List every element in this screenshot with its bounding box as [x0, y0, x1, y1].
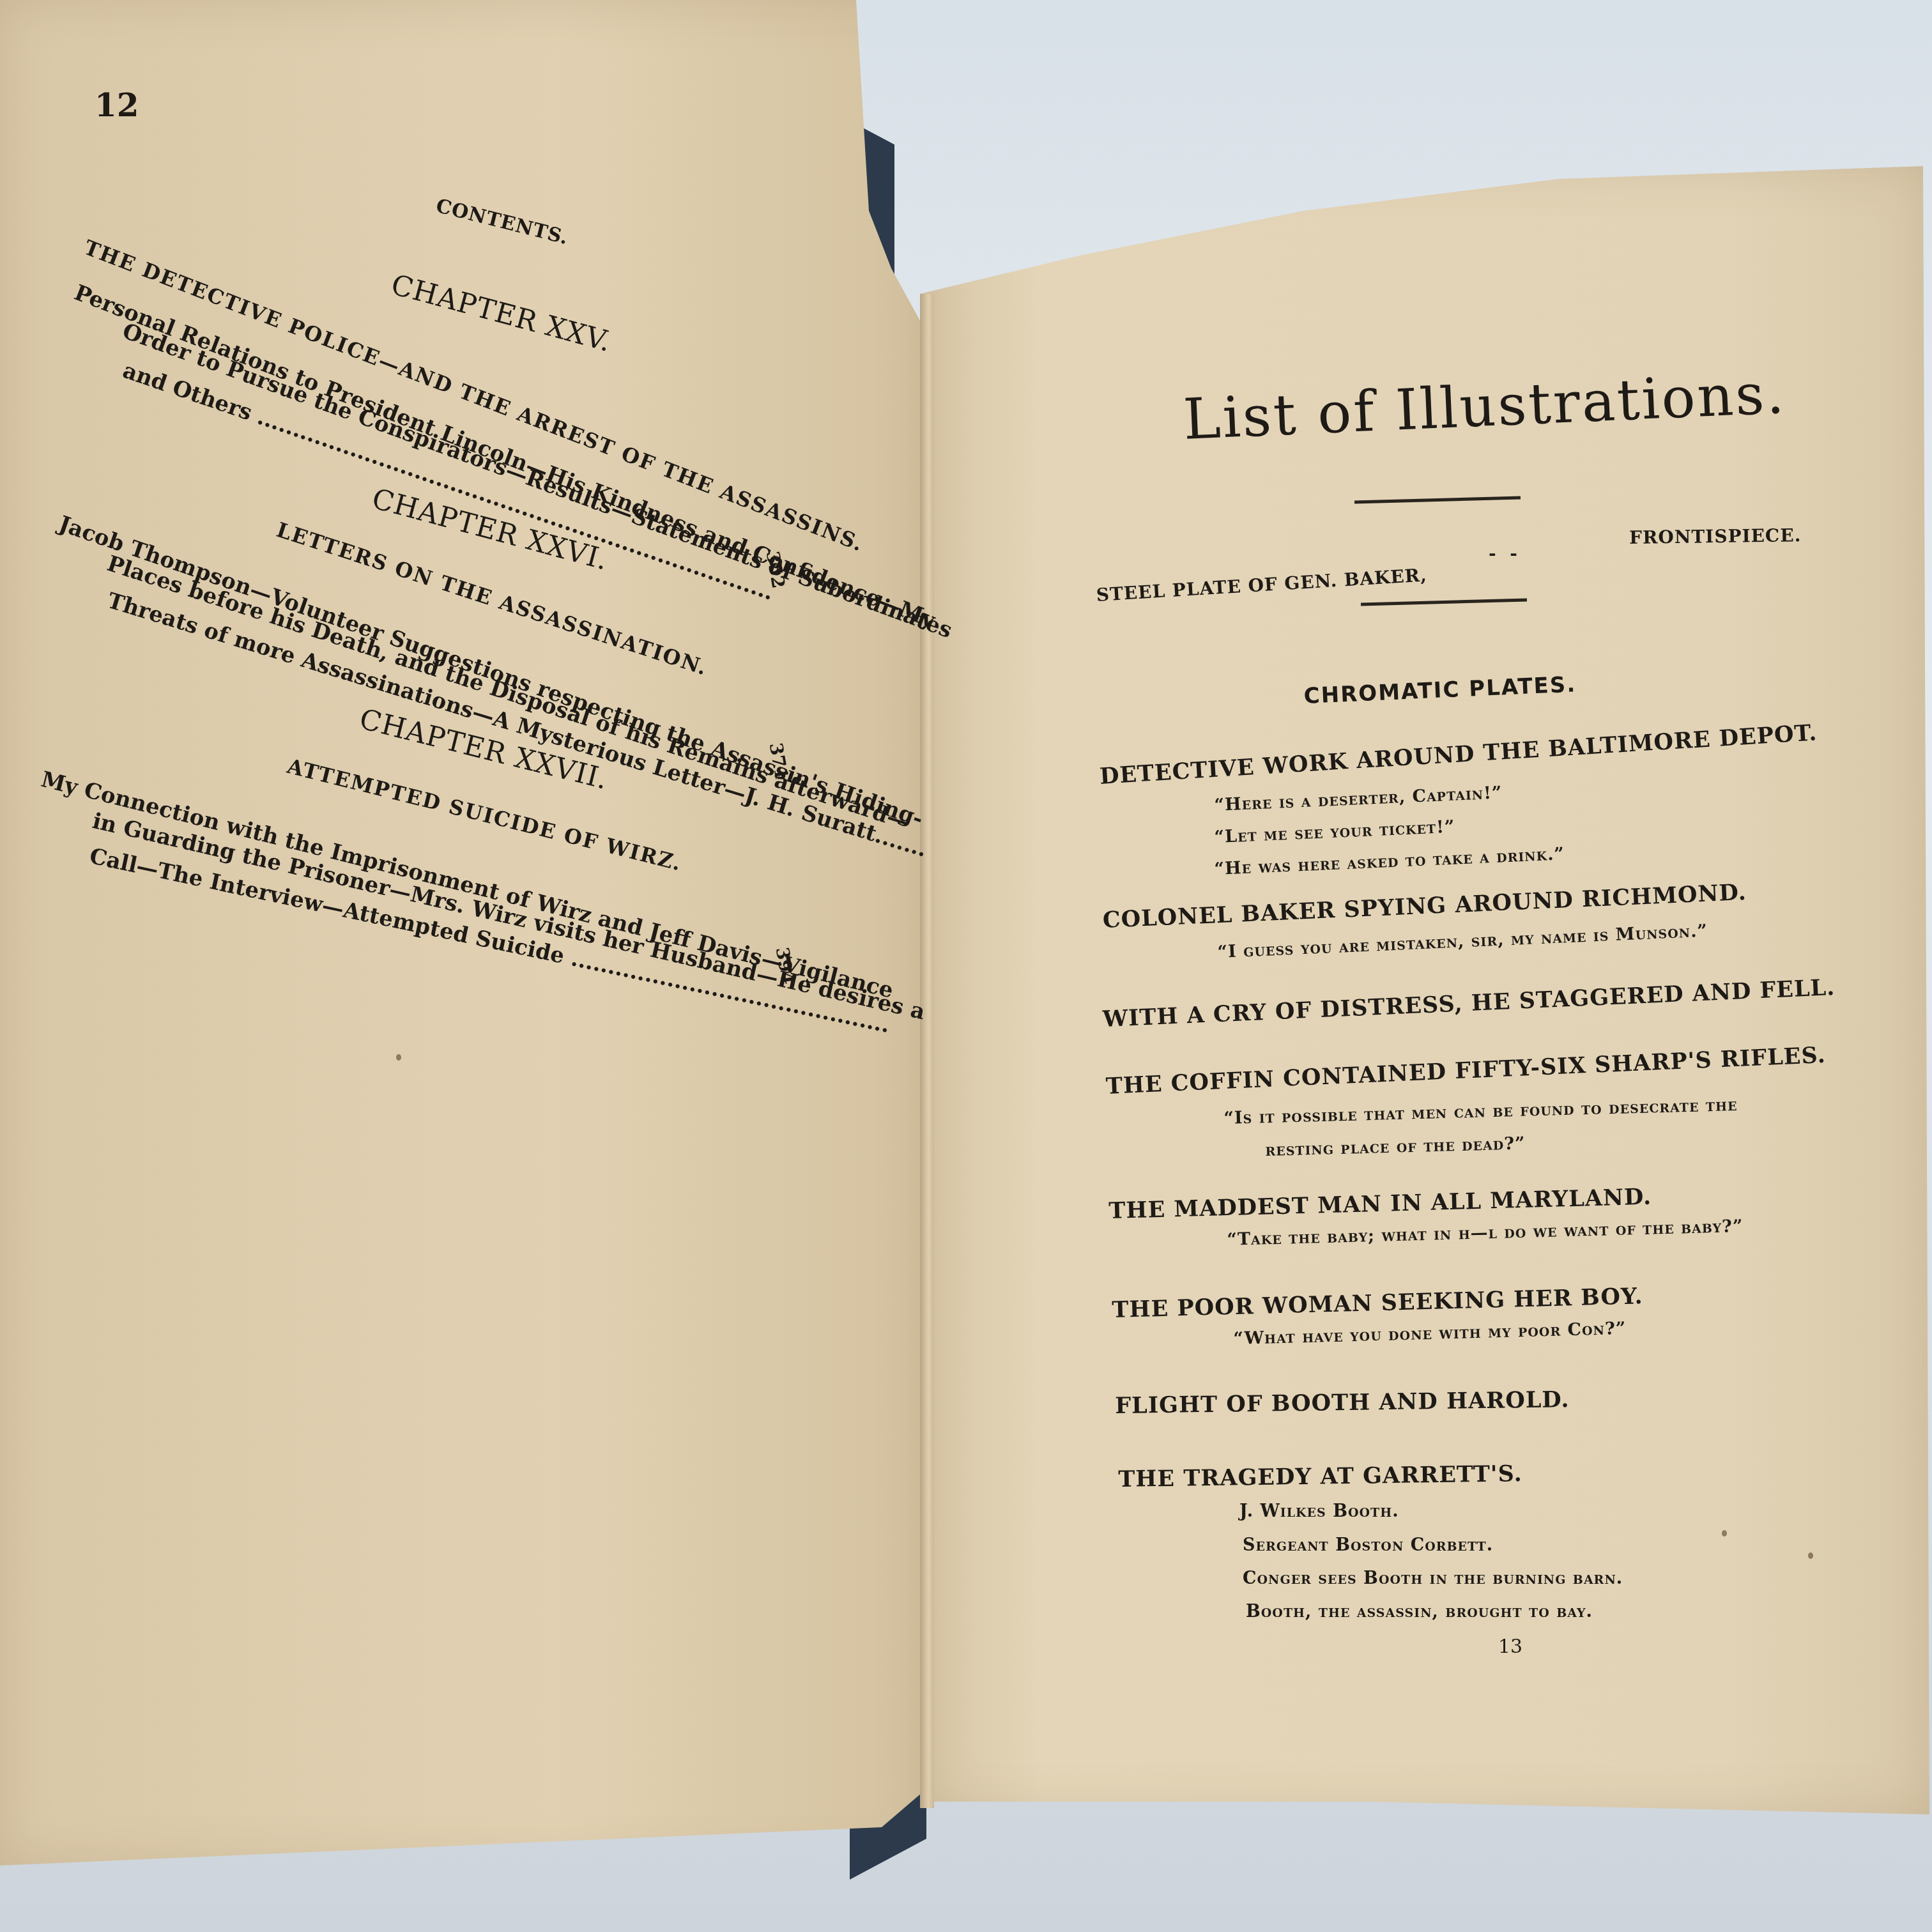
chapter-27-line-3: Call—The Interview—Attempted Suicide ...…: [88, 843, 893, 1038]
frontispiece-leaders: - -: [1489, 543, 1521, 564]
frontispiece-label: STEEL PLATE OF GEN. BAKER,: [1096, 564, 1428, 606]
list-of-illustrations-title: List of Illustrations.: [1182, 360, 1787, 452]
title-rule-top: [1354, 496, 1521, 504]
paper-stain: [396, 1054, 401, 1061]
page-number-right: 13: [1498, 1636, 1522, 1658]
plate-1-title: DETECTIVE WORK AROUND THE BALTIMORE DEPO…: [1099, 719, 1818, 790]
chapter-25-number: CHAPTER XXV.: [388, 268, 615, 358]
plate-1-caption-2: “Let me see your ticket!”: [1214, 817, 1455, 847]
plate-8-caption-3: Conger sees Booth in the burning barn.: [1243, 1568, 1623, 1588]
plate-1-caption-3: “He was here asked to take a drink.”: [1214, 844, 1565, 879]
plate-8-caption-2: Sergeant Boston Corbett.: [1243, 1535, 1493, 1555]
plate-8-caption-1: J. Wilkes Booth.: [1239, 1501, 1399, 1521]
plate-6-title: THE POOR WOMAN SEEKING HER BOY.: [1112, 1283, 1643, 1323]
plate-2-caption-1: “I guess you are mistaken, sir, my name …: [1217, 921, 1708, 962]
plate-4-caption-2: resting place of the dead?”: [1265, 1133, 1526, 1160]
page-number-left: 12: [95, 86, 139, 124]
illustrations-page: List of Illustrations. STEEL PLATE OF GE…: [920, 166, 1929, 1814]
paper-stain: [1808, 1552, 1813, 1559]
plate-8-title: THE TRAGEDY AT GARRETT'S.: [1118, 1460, 1522, 1492]
chapter-27-line-2: in Guarding the Prisoner—Mrs. Wirz visit…: [90, 808, 928, 1025]
contents-page: 12 CONTENTS. CHAPTER XXV. THE DETECTIVE …: [0, 0, 926, 1022]
contents-heading: CONTENTS.: [434, 195, 571, 249]
plate-5-caption-1: “Take the baby; what in h—l do we want o…: [1227, 1216, 1744, 1250]
plate-3-title: WITH A CRY OF DISTRESS, HE STAGGERED AND…: [1102, 974, 1836, 1032]
plate-5-title: THE MADDEST MAN IN ALL MARYLAND.: [1108, 1184, 1652, 1224]
frontispiece-position: FRONTISPIECE.: [1629, 525, 1802, 548]
plate-8-caption-4: Booth, the assassin, brought to bay.: [1246, 1602, 1593, 1621]
title-rule-bottom: [1361, 599, 1527, 606]
plate-7-title: FLIGHT OF BOOTH AND HAROLD.: [1115, 1386, 1570, 1419]
plate-1-caption-1: “Here is a deserter, Captain!”: [1214, 783, 1503, 815]
paper-stain: [1722, 1530, 1727, 1537]
plate-4-title: THE COFFIN CONTAINED FIFTY-SIX SHARP'S R…: [1105, 1042, 1826, 1100]
plate-6-caption-1: “What have you done with my poor Con?”: [1233, 1319, 1627, 1349]
plate-4-caption-1: “Is it possible that men can be found to…: [1223, 1095, 1738, 1128]
chromatic-plates-heading: CHROMATIC PLATES.: [1303, 671, 1577, 709]
book-photo: 12 CONTENTS. CHAPTER XXV. THE DETECTIVE …: [0, 0, 1932, 1932]
